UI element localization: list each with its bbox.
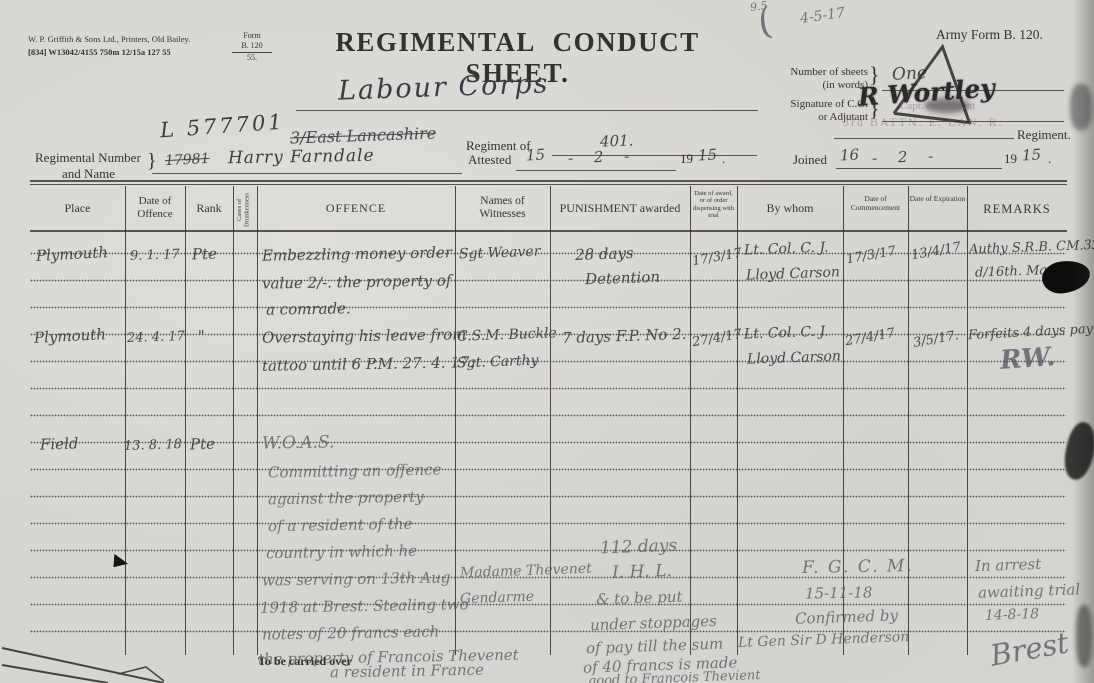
reg-number-brace-glyph: } <box>147 150 157 173</box>
table-top-rule-thin <box>30 184 1067 185</box>
row2-rank: " <box>198 327 206 345</box>
form-number-box: Form B. 120 55. <box>232 31 272 63</box>
row1-punishment-line: 28 days <box>575 244 634 264</box>
joined-year-printed: 19 <box>1004 151 1017 167</box>
battalion-stamp: 3rd BATTN. E. LAN. R. <box>843 115 1004 130</box>
row2-date: 24. 4. 17 <box>127 329 185 346</box>
corps-rule <box>296 110 758 111</box>
row1-rank: Pte <box>192 245 218 264</box>
row3-punishment-line: 112 days <box>600 536 678 559</box>
regiment-label: Regiment. <box>1017 127 1071 143</box>
attested-year-hw: 15 <box>698 146 718 165</box>
soldier-name: Harry Farndale <box>228 146 375 169</box>
pencil-annotation-date: 4-5-17 <box>799 5 846 27</box>
row1-date: 9. 1. 17 <box>130 247 180 264</box>
adjutant-stamp: Capt. & Adjutant <box>900 100 975 112</box>
joined-dot: . <box>1048 151 1051 167</box>
army-form-number: Army Form B. 120. <box>936 27 1043 43</box>
attested-year-printed: 19 <box>680 151 693 167</box>
col-header-date-of-offence: Date of Offence <box>126 195 184 220</box>
row3-offence-line: notes of 20 francs each <box>262 622 440 643</box>
struck-regiment: 3/East Lancashire <box>290 123 437 147</box>
row2-offence-line: tattoo until 6 P.M. 27. 4. 17. <box>262 353 474 375</box>
row3-date: 13. 8. 18 <box>124 437 182 454</box>
attested-dot: . <box>722 151 725 167</box>
col-header-place: Place <box>30 202 125 216</box>
scan-smudge-top <box>1070 84 1092 130</box>
printer-imprint-line2: [834] W13042/4155 750m 12/15a 127 55 <box>28 46 240 59</box>
sheets-label: Number of sheets (in words) <box>778 66 868 92</box>
row3-punishment-line: I. H. L. <box>612 561 673 583</box>
pencil-paren-mark: ( <box>751 1 778 44</box>
corps-name: Labour Corps <box>338 68 550 106</box>
row3-place: Field <box>40 434 79 453</box>
row3-by-whom-line: 15-11-18 <box>805 583 873 602</box>
col-header-punishment: PUNISHMENT awarded <box>550 202 690 216</box>
printer-imprint: W. P. Griffith & Sons Ltd., Printers, Ol… <box>28 33 240 59</box>
row3-offence-line: 1918 at Brest. Stealing two <box>260 595 469 617</box>
row3-by-whom-line: Confirmed by <box>795 606 898 628</box>
col-header-remarks: REMARKS <box>967 202 1067 216</box>
col-header-drunkenness: Cases of Drunkenness <box>236 189 255 231</box>
sheets-label-line2: (in words) <box>778 79 868 92</box>
row3-punishment-line: & to be put <box>596 587 683 608</box>
joined-month: - 2 - <box>872 147 942 167</box>
row3-rank: Pte <box>190 435 216 454</box>
col-header-by-whom: By whom <box>737 202 843 216</box>
sheets-label-line1: Number of sheets <box>778 66 868 79</box>
attested-label: Attested <box>468 152 511 168</box>
scan-smudge-bottom <box>1076 605 1092 667</box>
row3-witness: Gendarme <box>460 589 535 608</box>
row3-remarks-line: awaiting trial <box>978 580 1081 602</box>
row3-offence-line: a resident in France <box>330 661 484 682</box>
row1-offence-line: value 2/-. the property of <box>262 271 452 292</box>
row2-remarks-initials: RW. <box>999 342 1056 376</box>
row3-by-whom-line: F. G. C. M. <box>802 556 914 578</box>
row3-offence-line: Committing an offence <box>268 460 442 481</box>
row3-offence-line: country in which he <box>266 542 417 563</box>
form-box-line2: B. 120 <box>232 41 272 52</box>
col-header-offence: OFFENCE <box>257 202 455 216</box>
carried-over-label: To be carried over <box>258 654 352 669</box>
row1-by-whom-line: Lt. Col. C. J. <box>744 240 829 259</box>
joined-label: Joined <box>793 152 827 168</box>
col-header-witnesses: Names of Witnesses <box>456 195 549 221</box>
printer-imprint-line1: W. P. Griffith & Sons Ltd., Printers, Ol… <box>28 33 240 46</box>
row1-by-whom-line: Lloyd Carson <box>746 264 840 283</box>
old-regimental-number: 17981 <box>165 151 210 169</box>
col-header-award-date: Date of award, or of order dispensing wi… <box>691 190 736 220</box>
row1-offence-line: Embezzling money order <box>262 243 452 264</box>
row1-place: Plymouth <box>36 243 109 265</box>
signature-label-line1: Signature of C.O. <box>774 98 868 111</box>
row3-remarks-line: 14-8-18 <box>985 606 1040 624</box>
service-number: L 577701 <box>159 110 285 143</box>
row1-witness: Sgt Weaver <box>459 244 541 263</box>
table-top-rule-thick <box>30 180 1067 182</box>
row3-offence-line: W.O.A.S. <box>262 432 335 453</box>
row3-offence-line: of a resident of the <box>268 515 413 536</box>
joined-day: 16 <box>840 146 860 165</box>
name-rule <box>152 173 462 174</box>
table-body-ruling <box>30 232 1066 656</box>
col-header-commencement: Date of Commencement <box>844 195 907 212</box>
regiment-rule <box>834 138 1014 139</box>
row2-offence-line: Overstaying his leave from <box>262 325 467 347</box>
form-box-line3: 55. <box>232 53 272 63</box>
reg-number-label-line1: Regimental Number <box>35 150 141 166</box>
col-header-rank: Rank <box>185 202 233 216</box>
attested-day: 15 <box>526 146 546 165</box>
joined-rule <box>836 168 1002 169</box>
row2-witness: Sgt. Carthy <box>457 353 539 372</box>
form-box-line1: Form <box>232 31 272 41</box>
attested-rule <box>516 170 676 171</box>
row1-punishment-line: Detention <box>585 268 661 289</box>
row3-remarks-line: In arrest <box>975 555 1042 575</box>
page-fold-lines <box>0 638 170 683</box>
row2-by-whom-line: Lloyd Carson <box>747 348 841 367</box>
row3-offence-line: was serving on 13th Aug <box>262 568 451 589</box>
conduct-sheet-scan: W. P. Griffith & Sons Ltd., Printers, Ol… <box>0 0 1094 683</box>
row2-place: Plymouth <box>34 325 107 347</box>
row1-offence-line: a comrade. <box>266 299 351 318</box>
attested-month: - 2 - <box>568 147 638 167</box>
row2-by-whom-line: Lt. Col. C. J. <box>744 324 829 343</box>
row3-offence-line: against the property <box>268 488 424 509</box>
joined-year-hw: 15 <box>1022 146 1042 165</box>
col-header-expiration: Date of Expiration <box>909 195 966 204</box>
